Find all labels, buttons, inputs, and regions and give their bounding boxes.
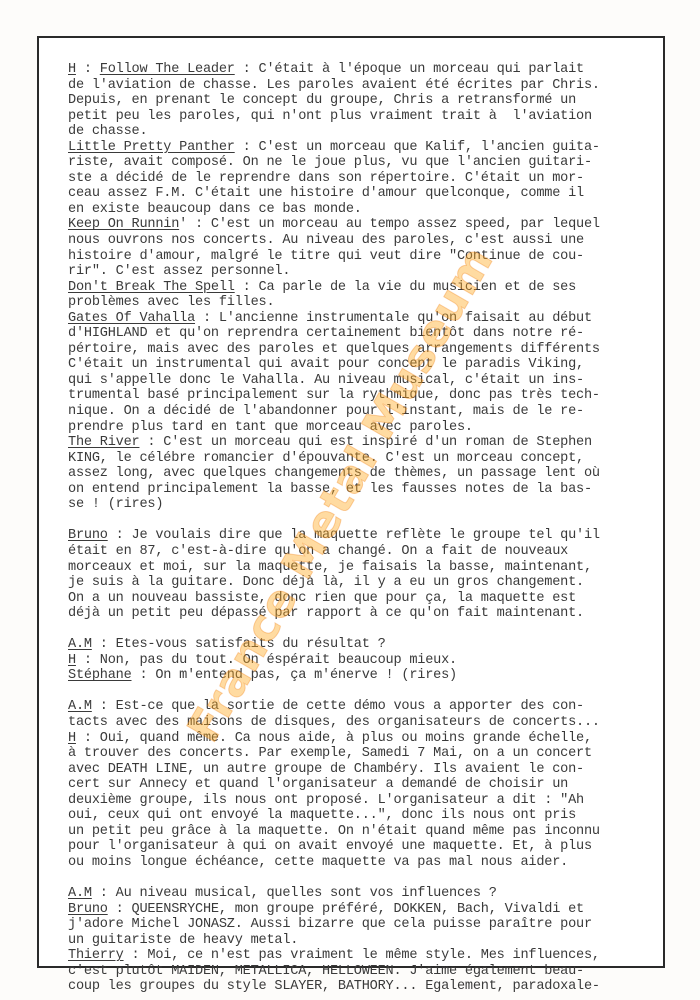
line-text: ceau assez F.M. C'était une histoire d'a… (68, 186, 584, 201)
line-text: un petit peu grâce à la maquette. On n'é… (68, 824, 600, 839)
text-line: pértoire, mais avec des paroles et quelq… (68, 342, 668, 358)
line-text: KING, le célébre romancier d'épouvante. … (68, 451, 584, 466)
text-line: Gates Of Vahalla : L'ancienne instrument… (68, 311, 668, 327)
line-text: coup les groupes du style SLAYER, BATHOR… (68, 979, 600, 994)
line-text: : C'est un morceau que Kalif, l'ancien g… (235, 140, 600, 155)
line-text: je suis à la guitare. Donc déjà là, il y… (68, 575, 584, 590)
text-line: à trouver des concerts. Par exemple, Sam… (68, 746, 668, 762)
line-text: : L'ancienne instrumentale qu'on faisait… (195, 311, 592, 326)
line-text: morceaux et moi, sur la maquette, je fai… (68, 560, 592, 575)
line-text: Depuis, en prenant le concept du groupe,… (68, 93, 576, 108)
song-title: Little Pretty Panther (68, 140, 235, 155)
line-text: j'adore Michel JONASZ. Aussi bizarre que… (68, 917, 592, 932)
text-line: morceaux et moi, sur la maquette, je fai… (68, 560, 668, 576)
text-line: KING, le célébre romancier d'épouvante. … (68, 451, 668, 467)
text-line: H : Oui, quand même. Ca nous aide, à plu… (68, 731, 668, 747)
line-text: prendre plus tard en tant que morceau av… (68, 420, 473, 435)
text-line: en existe beaucoup dans ce bas monde. (68, 202, 668, 218)
speaker-label: H (68, 653, 76, 668)
line-text: : Au niveau musical, quelles sont vos in… (92, 886, 497, 901)
text-line: ou moins longue échéance, cette maquette… (68, 855, 668, 871)
text-line: Bruno : Je voulais dire que la maquette … (68, 528, 668, 544)
text-line: de chasse. (68, 124, 668, 140)
text-line: Thierry : Moi, ce n'est pas vraiment le … (68, 948, 668, 964)
text-line: On a un nouveau bassiste, donc rien que … (68, 591, 668, 607)
text-line: un guitariste de heavy metal. (68, 933, 668, 949)
line-text: : Oui, quand même. Ca nous aide, à plus … (76, 731, 592, 746)
line-text: : Moi, ce n'est pas vraiment le même sty… (124, 948, 600, 963)
text-line: de l'aviation de chasse. Les paroles ava… (68, 78, 668, 94)
line-text: : C'était à l'époque un morceau qui parl… (235, 62, 584, 77)
line-text: ou moins longue échéance, cette maquette… (68, 855, 568, 870)
line-text: ste a décidé de le reprendre dans son ré… (68, 171, 584, 186)
line-text: : Est-ce que la sortie de cette démo vou… (92, 699, 584, 714)
text-line: qui s'appelle donc le Vahalla. Au niveau… (68, 373, 668, 389)
song-title: Keep On Runnin (68, 217, 179, 232)
text-line: c'est plutôt MAIDEN, METALLICA, HELLOWEE… (68, 964, 668, 980)
text-line: nous ouvrons nos concerts. Au niveau des… (68, 233, 668, 249)
speaker-label: A.M (68, 699, 92, 714)
line-text: on entend principalement la basse, et le… (68, 482, 592, 497)
song-title: The River (68, 435, 139, 450)
text-line: Don't Break The Spell : Ca parle de la v… (68, 280, 668, 296)
text-line: Keep On Runnin' : C'est un morceau au te… (68, 217, 668, 233)
text-line: H : Follow The Leader : C'était à l'époq… (68, 62, 668, 78)
paragraph-gap (68, 513, 668, 529)
text-line: était en 87, c'est-à-dire qu'on a changé… (68, 544, 668, 560)
speaker-label: H (68, 62, 76, 77)
line-text: cert sur Annecy et quand l'organisateur … (68, 777, 568, 792)
line-text: problèmes avec les filles. (68, 295, 274, 310)
line-text: histoire d'amour, malgré le titre qui ve… (68, 249, 584, 264)
song-title: Don't Break The Spell (68, 280, 235, 295)
paragraph: Bruno : Je voulais dire que la maquette … (68, 528, 668, 621)
paragraph: A.M : Est-ce que la sortie de cette démo… (68, 699, 668, 870)
text-line: se ! (rires) (68, 497, 668, 513)
interview-text: H : Follow The Leader : C'était à l'époq… (68, 62, 668, 995)
text-line: coup les groupes du style SLAYER, BATHOR… (68, 979, 668, 995)
text-line: avec DEATH LINE, un autre groupe de Cham… (68, 762, 668, 778)
text-line: je suis à la guitare. Donc déjà là, il y… (68, 575, 668, 591)
paragraph-gap (68, 870, 668, 886)
text-line: Depuis, en prenant le concept du groupe,… (68, 93, 668, 109)
speaker-label: H (68, 731, 76, 746)
line-text: ' : C'est un morceau au tempo assez spee… (179, 217, 600, 232)
line-text: C'était un instrumental qui avait pour c… (68, 357, 584, 372)
text-line: un petit peu grâce à la maquette. On n'é… (68, 824, 668, 840)
text-line: petit peu les paroles, qui n'ont plus vr… (68, 109, 668, 125)
paragraph: H : Follow The Leader : C'était à l'époq… (68, 62, 668, 513)
text-line: A.M : Au niveau musical, quelles sont vo… (68, 886, 668, 902)
line-text: petit peu les paroles, qui n'ont plus vr… (68, 109, 592, 124)
speaker-label: Bruno (68, 902, 108, 917)
text-line: oui, ceux qui ont envoyé la maquette..."… (68, 808, 668, 824)
speaker-label: Bruno (68, 528, 108, 543)
paragraph: A.M : Au niveau musical, quelles sont vo… (68, 886, 668, 995)
text-line: pour l'organisateur à qui on avait envoy… (68, 839, 668, 855)
line-text: qui s'appelle donc le Vahalla. Au niveau… (68, 373, 584, 388)
line-text: deuxième groupe, ils nous ont proposé. L… (68, 793, 584, 808)
paragraph-gap (68, 684, 668, 700)
line-text: d'HIGHLAND et qu'on reprendra certaineme… (68, 326, 584, 341)
text-line: j'adore Michel JONASZ. Aussi bizarre que… (68, 917, 668, 933)
line-text: nous ouvrons nos concerts. Au niveau des… (68, 233, 584, 248)
paragraph-gap (68, 622, 668, 638)
line-text: tacts avec des maisons de disques, des o… (68, 715, 600, 730)
text-line: Bruno : QUEENSRYCHE, mon groupe préféré,… (68, 902, 668, 918)
text-line: histoire d'amour, malgré le titre qui ve… (68, 249, 668, 265)
line-text: à trouver des concerts. Par exemple, Sam… (68, 746, 592, 761)
line-text: pértoire, mais avec des paroles et quelq… (68, 342, 600, 357)
text-line: tacts avec des maisons de disques, des o… (68, 715, 668, 731)
speaker-label: A.M (68, 886, 92, 901)
speaker-label: A.M (68, 637, 92, 652)
text-line: C'était un instrumental qui avait pour c… (68, 357, 668, 373)
line-text: trumental basé principalement sur la ryt… (68, 388, 600, 403)
text-line: The River : C'est un morceau qui est ins… (68, 435, 668, 451)
line-text: de l'aviation de chasse. Les paroles ava… (68, 78, 600, 93)
line-text: rir". C'est assez personnel. (68, 264, 290, 279)
line-text: : Ca parle de la vie du musicien et de s… (235, 280, 576, 295)
text-line: riste, avait composé. On ne le joue plus… (68, 155, 668, 171)
text-line: A.M : Etes-vous satisfaits du résultat ? (68, 637, 668, 653)
line-text: un guitariste de heavy metal. (68, 933, 298, 948)
line-text: oui, ceux qui ont envoyé la maquette..."… (68, 808, 576, 823)
text-line: Stéphane : On m'entend pas, ça m'énerve … (68, 668, 668, 684)
text-line: deuxième groupe, ils nous ont proposé. L… (68, 793, 668, 809)
text-line: H : Non, pas du tout. On éspérait beauco… (68, 653, 668, 669)
song-title: Follow The Leader (100, 62, 235, 77)
line-text: en existe beaucoup dans ce bas monde. (68, 202, 362, 217)
line-text: : Non, pas du tout. On éspérait beaucoup… (76, 653, 457, 668)
line-text: déjà un petit peu dépassé par rapport à … (68, 606, 584, 621)
line-text: : C'est un morceau qui est inspiré d'un … (139, 435, 591, 450)
line-text: de chasse. (68, 124, 147, 139)
text-line: déjà un petit peu dépassé par rapport à … (68, 606, 668, 622)
line-text: se ! (rires) (68, 497, 163, 512)
line-text: c'est plutôt MAIDEN, METALLICA, HELLOWEE… (68, 964, 584, 979)
paragraph: A.M : Etes-vous satisfaits du résultat ?… (68, 637, 668, 684)
text-line: prendre plus tard en tant que morceau av… (68, 420, 668, 436)
line-text: était en 87, c'est-à-dire qu'on a changé… (68, 544, 568, 559)
line-text: avec DEATH LINE, un autre groupe de Cham… (68, 762, 584, 777)
text-line: problèmes avec les filles. (68, 295, 668, 311)
line-text: riste, avait composé. On ne le joue plus… (68, 155, 592, 170)
text-line: trumental basé principalement sur la ryt… (68, 388, 668, 404)
speaker-label: Stéphane (68, 668, 132, 683)
text-line: rir". C'est assez personnel. (68, 264, 668, 280)
text-line: on entend principalement la basse, et le… (68, 482, 668, 498)
line-text: On a un nouveau bassiste, donc rien que … (68, 591, 576, 606)
text-line: nique. On a décidé de l'abandonner pour … (68, 404, 668, 420)
line-text: : QUEENSRYCHE, mon groupe préféré, DOKKE… (108, 902, 584, 917)
line-text: pour l'organisateur à qui on avait envoy… (68, 839, 592, 854)
text-line: ste a décidé de le reprendre dans son ré… (68, 171, 668, 187)
line-text: : On m'entend pas, ça m'énerve ! (rires) (132, 668, 457, 683)
text-line: Little Pretty Panther : C'est un morceau… (68, 140, 668, 156)
line-text: assez long, avec quelques changements de… (68, 466, 600, 481)
line-text: : Etes-vous satisfaits du résultat ? (92, 637, 386, 652)
text-line: assez long, avec quelques changements de… (68, 466, 668, 482)
text-line: cert sur Annecy et quand l'organisateur … (68, 777, 668, 793)
song-title: Gates Of Vahalla (68, 311, 195, 326)
line-text: : Je voulais dire que la maquette reflèt… (108, 528, 600, 543)
text-line: A.M : Est-ce que la sortie de cette démo… (68, 699, 668, 715)
text-line: ceau assez F.M. C'était une histoire d'a… (68, 186, 668, 202)
line-text: nique. On a décidé de l'abandonner pour … (68, 404, 584, 419)
text-line: d'HIGHLAND et qu'on reprendra certaineme… (68, 326, 668, 342)
speaker-label: Thierry (68, 948, 124, 963)
